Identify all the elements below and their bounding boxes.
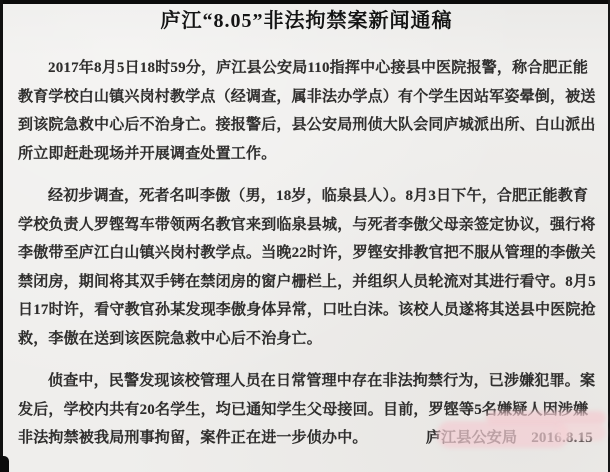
paragraph-2: 经初步调查，死者名叫李傲（男，18岁，临泉县人）。8月3日下午，合肥正能教育 学… [18, 182, 595, 353]
text-line: 所立即赶赴现场并开展调查处置工作。 [18, 140, 595, 169]
text-line: 李傲带至庐江白山镇兴岗村教学点。当晚22时许，罗铿安排教官把不服从管理的李傲关 [18, 239, 595, 268]
text-line: 救，李傲在送到该医院急救中心后不治身亡。 [18, 325, 595, 354]
scan-edge-top [0, 0, 610, 4]
text-line: 禁闭房，期间将其双手铐在禁闭房的窗户栅栏上，并组织人员轮流对其进行看守。8月5 [18, 268, 595, 297]
scan-edge-left [0, 0, 3, 472]
text-line: 非法拘禁被我局刑事拘留，案件正在进一步侦办中。 [18, 424, 368, 453]
paragraph-3: 侦查中，民警发现该校管理人员在日常管理中存在非法拘禁行为，已涉嫌犯罪。案 发后，… [18, 367, 595, 453]
text-line-with-signature: 非法拘禁被我局刑事拘留，案件正在进一步侦办中。 庐江县公安局 2016.8.15 [18, 424, 595, 453]
text-line: 教育学校白山镇兴岗村教学点（经调查，属非法办学点）有个学生因站军姿晕倒，被送 [18, 83, 595, 112]
text-line: 学校负责人罗铿驾车带领两名教官来到临泉县城，与死者李傲父母亲签定协议，强行将 [18, 211, 595, 240]
document-body: 2017年8月5日18时59分，庐江县公安局110指挥中心接县中医院报警，称合肥… [18, 54, 595, 453]
text-line: 2017年8月5日18时59分，庐江县公安局110指挥中心接县中医院报警，称合肥… [18, 54, 595, 83]
paragraph-1: 2017年8月5日18时59分，庐江县公安局110指挥中心接县中医院报警，称合肥… [18, 54, 595, 168]
page-title: 庐江“8.05”非法拘禁案新闻通稿 [18, 8, 595, 34]
text-line: 到该院急救中心后不治身亡。接报警后，县公安局刑侦大队会同庐城派出所、白山派出 [18, 111, 595, 140]
text-line: 经初步调查，死者名叫李傲（男，18岁，临泉县人）。8月3日下午，合肥正能教育 [18, 182, 595, 211]
signature-block: 庐江县公安局 2016.8.15 [426, 424, 595, 453]
scan-corner-artifact [0, 456, 9, 472]
document-page: 庐江“8.05”非法拘禁案新闻通稿 2017年8月5日18时59分，庐江县公安局… [18, 8, 595, 453]
signature-date: 2016.8.15 [531, 424, 593, 453]
signature-agency: 庐江县公安局 [426, 424, 517, 453]
text-line: 日17时许，看守教官孙某发现李傲身体异常，口吐白沫。该校人员遂将其送县中医院抢 [18, 296, 595, 325]
text-line: 发后，学校内共有20名学生，均已通知学生父母接回。目前，罗铿等5名嫌疑人因涉嫌 [18, 396, 595, 425]
text-line: 侦查中，民警发现该校管理人员在日常管理中存在非法拘禁行为，已涉嫌犯罪。案 [18, 367, 595, 396]
